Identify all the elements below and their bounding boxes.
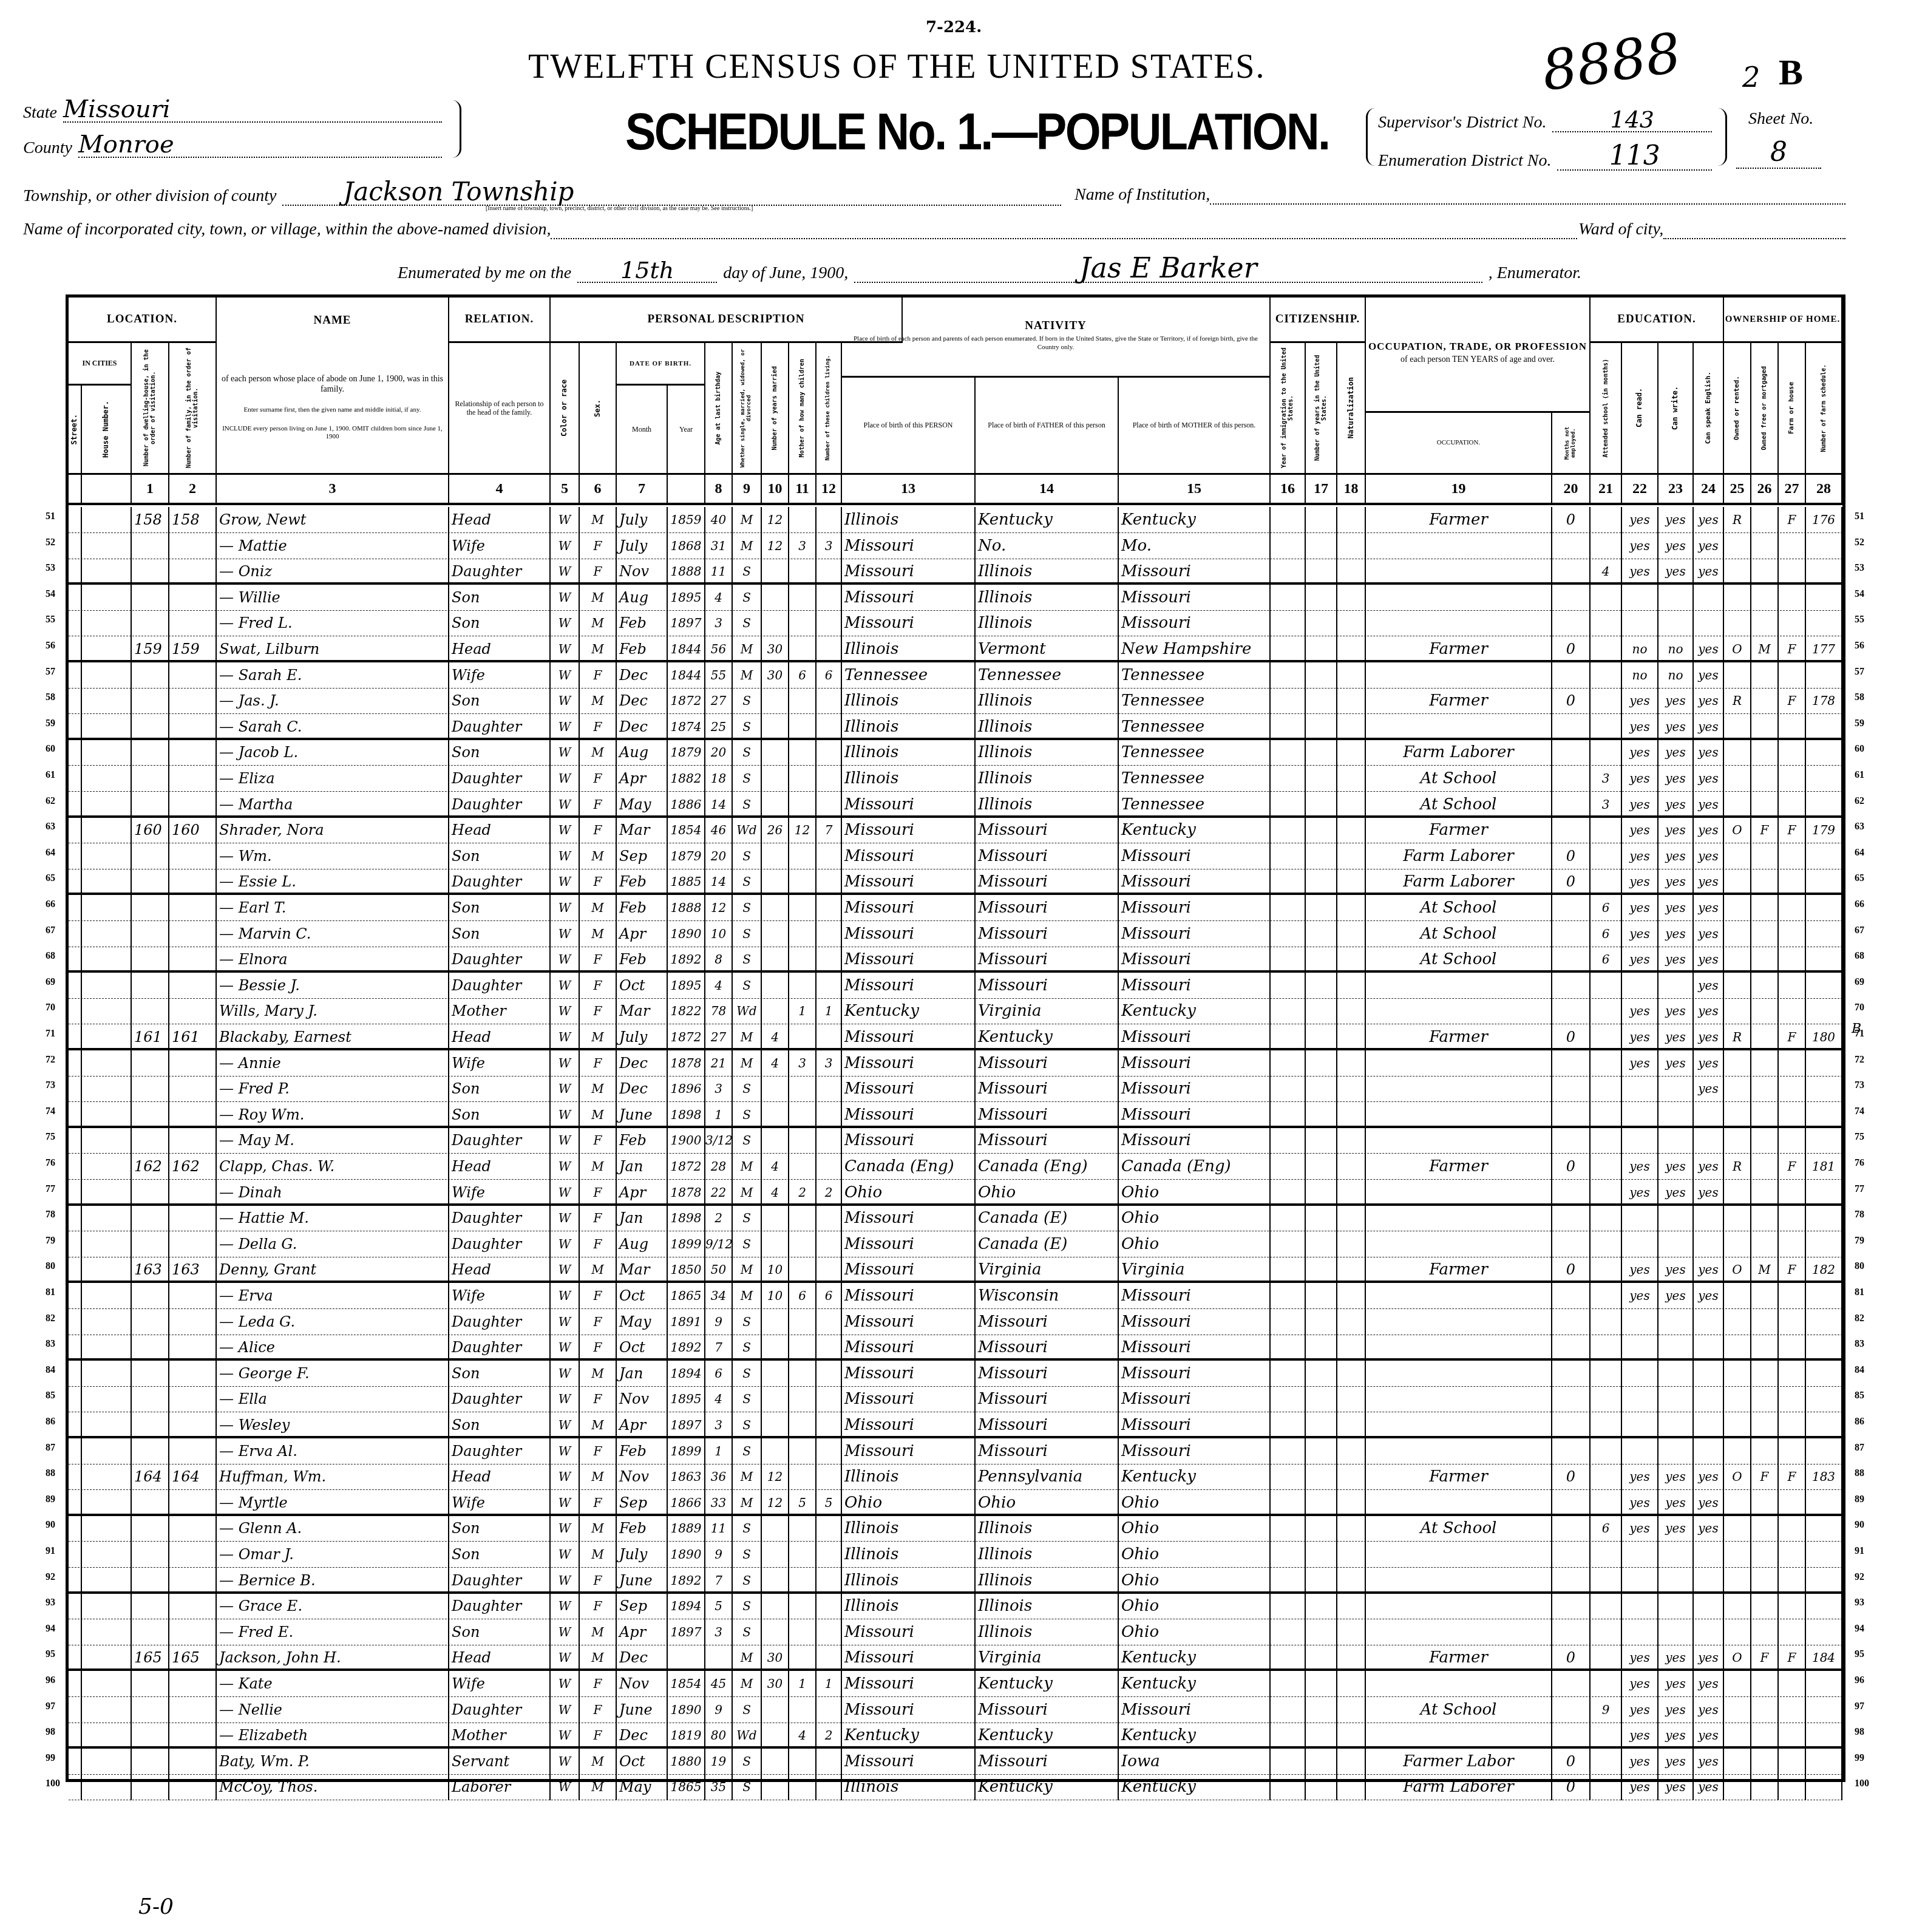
cell-empty	[1306, 869, 1337, 895]
cell-read: yes	[1622, 559, 1658, 585]
line-number-right: 54	[1855, 589, 1864, 600]
cell-farm	[1779, 869, 1806, 895]
table-row: — Essie L.DaughterWFFeb188514SMissouriMi…	[69, 869, 1842, 895]
cell-sex: M	[580, 740, 617, 766]
cell-empty	[1306, 1774, 1337, 1800]
cell-empty	[1271, 1490, 1306, 1516]
cell-birth: Missouri	[842, 1050, 976, 1077]
cell-mother-of	[789, 1076, 817, 1102]
cell-free	[1751, 1205, 1779, 1231]
cell-write	[1658, 1335, 1694, 1361]
cell-empty	[1337, 688, 1366, 714]
cell-father: Illinois	[976, 610, 1119, 636]
cell-english: yes	[1694, 1464, 1724, 1490]
cell-color: W	[551, 1231, 580, 1257]
cell-empty	[1271, 1361, 1306, 1387]
cell-family: 165	[169, 1645, 217, 1671]
cell-yrs-married: 4	[762, 1154, 789, 1180]
cell-owned	[1724, 1361, 1751, 1387]
cell-yrs-married	[762, 921, 789, 947]
cell-school	[1591, 1180, 1622, 1206]
line-number-left: 75	[46, 1132, 55, 1143]
cell-name: Blackaby, Earnest	[217, 1024, 449, 1050]
cell-write: yes	[1658, 766, 1694, 792]
cell-marital: S	[733, 921, 762, 947]
cell-unemployed: 0	[1552, 1645, 1591, 1671]
table-row: — Jacob L.SonWMAug187920SIllinoisIllinoi…	[69, 740, 1842, 766]
cell-father: Missouri	[976, 1102, 1119, 1128]
cell-school	[1591, 1361, 1622, 1387]
cell-mother: Missouri	[1119, 1361, 1271, 1387]
cell-mother: Missouri	[1119, 1438, 1271, 1464]
cell-relation: Son	[449, 740, 551, 766]
cell-father: Kentucky	[976, 1723, 1119, 1749]
cell-farm	[1779, 1515, 1806, 1542]
cell-marital: S	[733, 1568, 762, 1594]
cell-empty	[69, 973, 82, 999]
cell-sex: F	[580, 1697, 617, 1723]
cell-owned	[1724, 998, 1751, 1024]
cell-birth: Missouri	[842, 1309, 976, 1335]
cell-year: 1844	[668, 662, 705, 689]
column-number: 25	[1724, 475, 1751, 503]
cell-yrs-married	[762, 843, 789, 869]
cell-free	[1751, 1438, 1779, 1464]
cell-free	[1751, 559, 1779, 585]
cell-family	[169, 1050, 217, 1077]
cell-living	[817, 610, 842, 636]
cell-free	[1751, 1619, 1779, 1645]
line-number-right: 91	[1855, 1546, 1864, 1557]
header-occupation-title: OCCUPATION, TRADE, OR PROFESSION	[1368, 341, 1587, 353]
cell-school	[1591, 1412, 1622, 1438]
cell-relation: Wife	[449, 1671, 551, 1697]
cell-english	[1694, 1102, 1724, 1128]
cell-name: — Glenn A.	[217, 1515, 449, 1542]
line-number-right: 73	[1855, 1080, 1864, 1091]
cell-empty	[82, 1309, 132, 1335]
cell-schedule	[1806, 869, 1842, 895]
cell-birth: Illinois	[842, 714, 976, 740]
cell-mother-of	[789, 1231, 817, 1257]
cell-dwelling	[132, 1231, 169, 1257]
cell-marital: S	[733, 1361, 762, 1387]
cell-unemployed	[1552, 585, 1591, 611]
cell-empty	[1306, 507, 1337, 533]
cell-color: W	[551, 1386, 580, 1412]
cell-name: — Erva	[217, 1283, 449, 1309]
cell-yrs-married	[762, 1723, 789, 1749]
cell-empty	[1271, 1309, 1306, 1335]
cell-father: Kentucky	[976, 1774, 1119, 1800]
enumerator-name: Jas E Barker	[854, 254, 1482, 283]
supervisor-district-label: Supervisor's District No.	[1378, 113, 1546, 132]
cell-dwelling	[132, 585, 169, 611]
cell-empty	[69, 1412, 82, 1438]
cell-marital: Wd	[733, 1723, 762, 1749]
cell-empty	[1271, 1723, 1306, 1749]
cell-age: 27	[705, 1024, 733, 1050]
cell-read: yes	[1622, 947, 1658, 973]
cell-name: — Nellie	[217, 1697, 449, 1723]
cell-living: 2	[817, 1180, 842, 1206]
cell-occupation: At School	[1366, 1515, 1552, 1542]
line-number-left: 58	[46, 692, 55, 703]
cell-marital: S	[733, 869, 762, 895]
cell-sex: F	[580, 1568, 617, 1594]
cell-empty	[1337, 1257, 1366, 1283]
cell-empty	[1271, 1593, 1306, 1619]
cell-mother-of: 4	[789, 1723, 817, 1749]
cell-empty	[1271, 1697, 1306, 1723]
cell-dwelling: 164	[132, 1464, 169, 1490]
state-field: State Missouri	[23, 97, 448, 123]
cell-family	[169, 688, 217, 714]
header-location: LOCATION.	[69, 298, 217, 343]
cell-farm	[1779, 559, 1806, 585]
vh-years-married-text: Number of years married	[772, 366, 778, 450]
line-number-right: 58	[1855, 692, 1864, 703]
cell-empty	[1306, 1257, 1337, 1283]
cell-living	[817, 1697, 842, 1723]
cell-color: W	[551, 792, 580, 818]
cell-empty	[1337, 947, 1366, 973]
cell-owned	[1724, 1697, 1751, 1723]
cell-year: 1894	[668, 1593, 705, 1619]
cell-free	[1751, 1361, 1779, 1387]
cell-family	[169, 1076, 217, 1102]
cell-occupation	[1366, 1361, 1552, 1387]
cell-empty	[82, 1257, 132, 1283]
cell-month: Aug	[617, 1231, 668, 1257]
cell-family	[169, 1283, 217, 1309]
cell-relation: Wife	[449, 1490, 551, 1516]
cell-write: yes	[1658, 1154, 1694, 1180]
cell-father: Vermont	[976, 636, 1119, 662]
cell-mother: Missouri	[1119, 869, 1271, 895]
cell-age: 14	[705, 869, 733, 895]
cell-dwelling	[132, 973, 169, 999]
cell-owned	[1724, 1515, 1751, 1542]
cell-name: — Fred P.	[217, 1076, 449, 1102]
cell-name: — Jacob L.	[217, 740, 449, 766]
cell-year: 1898	[668, 1205, 705, 1231]
column-number: 14	[976, 475, 1119, 503]
cell-age: 12	[705, 895, 733, 921]
cell-school	[1591, 1024, 1622, 1050]
cell-relation: Wife	[449, 662, 551, 689]
vh-marital: Whether single, married, widowed, or div…	[733, 343, 762, 475]
header-name-desc: of each person whose place of abode on J…	[217, 343, 449, 475]
cell-year: 1894	[668, 1361, 705, 1387]
cell-birth: Tennessee	[842, 662, 976, 689]
cell-empty	[69, 1205, 82, 1231]
line-number-right: 61	[1855, 770, 1864, 781]
cell-age: 25	[705, 714, 733, 740]
line-number-left: 100	[46, 1778, 60, 1789]
cell-unemployed	[1552, 1128, 1591, 1154]
cell-family	[169, 1671, 217, 1697]
cell-read: yes	[1622, 921, 1658, 947]
cell-year: 1865	[668, 1283, 705, 1309]
cell-father: Kentucky	[976, 1024, 1119, 1050]
cell-yrs-married	[762, 1205, 789, 1231]
state-value: Missouri	[63, 97, 442, 123]
cell-color: W	[551, 740, 580, 766]
cell-year: 1895	[668, 585, 705, 611]
cell-free	[1751, 1749, 1779, 1775]
cell-father: Canada (Eng)	[976, 1154, 1119, 1180]
cell-month: Jan	[617, 1205, 668, 1231]
cell-occupation: Farmer	[1366, 507, 1552, 533]
vh-mother-of: Mother of how many children	[789, 343, 817, 475]
cell-empty	[1271, 1050, 1306, 1077]
cell-father: Tennessee	[976, 662, 1119, 689]
cell-empty	[1306, 1749, 1337, 1775]
cell-empty	[82, 662, 132, 689]
cell-age: 50	[705, 1257, 733, 1283]
cell-relation: Mother	[449, 998, 551, 1024]
cell-owned	[1724, 662, 1751, 689]
cell-name: — Elnora	[217, 947, 449, 973]
form-number: 7-224.	[926, 18, 982, 36]
cell-unemployed	[1552, 1076, 1591, 1102]
line-number-right: 57	[1855, 667, 1864, 678]
cell-farm	[1779, 766, 1806, 792]
cell-mother-of	[789, 1205, 817, 1231]
cell-name: — May M.	[217, 1128, 449, 1154]
cell-birth: Missouri	[842, 1024, 976, 1050]
vh-living-text: Number of these children living.	[826, 355, 832, 460]
cell-empty	[82, 1749, 132, 1775]
cell-marital: M	[733, 1671, 762, 1697]
cell-empty	[1306, 714, 1337, 740]
cell-occupation	[1366, 1723, 1552, 1749]
cell-mother: Missouri	[1119, 1309, 1271, 1335]
column-number: 20	[1552, 475, 1591, 503]
cell-sex: F	[580, 662, 617, 689]
cell-yrs-married: 4	[762, 1024, 789, 1050]
cell-write: yes	[1658, 714, 1694, 740]
line-number-left: 89	[46, 1494, 55, 1505]
cell-unemployed	[1552, 1542, 1591, 1568]
cell-english: yes	[1694, 947, 1724, 973]
cell-living: 1	[817, 998, 842, 1024]
header-birth-father: Place of birth of FATHER of this person	[976, 378, 1119, 475]
header-relation: RELATION.	[449, 298, 551, 343]
cell-marital: M	[733, 507, 762, 533]
cell-empty	[82, 1438, 132, 1464]
cell-age: 4	[705, 585, 733, 611]
cell-write: yes	[1658, 533, 1694, 559]
cell-age: 33	[705, 1490, 733, 1516]
cell-age: 28	[705, 1154, 733, 1180]
cell-empty	[1271, 1619, 1306, 1645]
cell-write: yes	[1658, 843, 1694, 869]
cell-free	[1751, 1231, 1779, 1257]
cell-mother-of	[789, 740, 817, 766]
cell-sex: M	[580, 1154, 617, 1180]
cell-owned: O	[1724, 1645, 1751, 1671]
cell-sex: M	[580, 1542, 617, 1568]
cell-name: — Leda G.	[217, 1309, 449, 1335]
cell-mother: Missouri	[1119, 1102, 1271, 1128]
cell-living	[817, 1361, 842, 1387]
cell-yrs-married	[762, 998, 789, 1024]
cell-age: 46	[705, 817, 733, 843]
cell-mother-of	[789, 585, 817, 611]
cell-family	[169, 869, 217, 895]
cell-age: 36	[705, 1464, 733, 1490]
cell-name: — Annie	[217, 1050, 449, 1077]
cell-owned	[1724, 1180, 1751, 1206]
cell-relation: Head	[449, 1464, 551, 1490]
cell-month: Mar	[617, 1257, 668, 1283]
cell-schedule	[1806, 1205, 1842, 1231]
line-number-left: 67	[46, 925, 55, 936]
cell-color: W	[551, 1490, 580, 1516]
cell-empty	[82, 947, 132, 973]
cell-english	[1694, 1335, 1724, 1361]
cell-empty	[1337, 1412, 1366, 1438]
cell-age	[705, 1645, 733, 1671]
cell-name: — Willie	[217, 585, 449, 611]
line-number-left: 80	[46, 1261, 55, 1272]
line-number-left: 62	[46, 796, 55, 807]
cell-color: W	[551, 1257, 580, 1283]
vh-sex: Sex.	[580, 343, 617, 475]
cell-mother: Ohio	[1119, 1593, 1271, 1619]
cell-birth: Illinois	[842, 1515, 976, 1542]
line-number-left: 71	[46, 1029, 55, 1039]
cell-living	[817, 507, 842, 533]
cell-sex: F	[580, 792, 617, 818]
cell-dwelling	[132, 1283, 169, 1309]
cell-read: yes	[1622, 1257, 1658, 1283]
cell-empty	[82, 1024, 132, 1050]
cell-year: 1874	[668, 714, 705, 740]
cell-mother-of	[789, 507, 817, 533]
cell-age: 40	[705, 507, 733, 533]
cell-empty	[1306, 1464, 1337, 1490]
cell-birth: Missouri	[842, 1335, 976, 1361]
cell-family: 158	[169, 507, 217, 533]
cell-father: Missouri	[976, 1128, 1119, 1154]
cell-relation: Head	[449, 1645, 551, 1671]
cell-year: 1888	[668, 559, 705, 585]
cell-relation: Daughter	[449, 1386, 551, 1412]
cell-sex: M	[580, 610, 617, 636]
cell-color: W	[551, 1024, 580, 1050]
vh-write-text: Can write.	[1671, 386, 1679, 430]
cell-empty	[82, 1774, 132, 1800]
cell-farm	[1779, 1386, 1806, 1412]
cell-school	[1591, 662, 1622, 689]
column-number: 3	[217, 475, 449, 503]
cell-age: 3	[705, 1619, 733, 1645]
cell-yrs-married	[762, 1438, 789, 1464]
line-number-left: 79	[46, 1236, 55, 1247]
table-row: 164164Huffman, Wm.HeadWMNov186336M12Illi…	[69, 1464, 1842, 1490]
cell-month: Feb	[617, 636, 668, 662]
cell-name: — Martha	[217, 792, 449, 818]
row-70-suffix: B	[1852, 1021, 1861, 1036]
cell-write: yes	[1658, 1671, 1694, 1697]
cell-relation: Daughter	[449, 1593, 551, 1619]
cell-empty	[1271, 1102, 1306, 1128]
table-row: — George F.SonWMJan18946SMissouriMissour…	[69, 1361, 1842, 1387]
cell-birth: Ohio	[842, 1490, 976, 1516]
vh-farm-text: Farm or house	[1788, 382, 1795, 434]
cell-farm	[1779, 533, 1806, 559]
vh-family: Number of family, in the order of visita…	[169, 343, 217, 475]
cell-unemployed	[1552, 1335, 1591, 1361]
column-number: 18	[1337, 475, 1366, 503]
cell-color: W	[551, 1749, 580, 1775]
cell-color: W	[551, 688, 580, 714]
cell-empty	[1271, 1386, 1306, 1412]
vh-naturalization: Naturalization	[1337, 343, 1366, 475]
cell-marital: M	[733, 1257, 762, 1283]
cell-unemployed: 0	[1552, 1774, 1591, 1800]
table-row: — MattieWifeWFJuly186831M1233MissouriNo.…	[69, 533, 1842, 559]
cell-unemployed: 0	[1552, 843, 1591, 869]
cell-mother-of: 12	[789, 817, 817, 843]
cell-father: Virginia	[976, 1645, 1119, 1671]
table-row: — Bernice B.DaughterWFJune18927SIllinois…	[69, 1568, 1842, 1594]
cell-school	[1591, 1102, 1622, 1128]
cell-unemployed	[1552, 1102, 1591, 1128]
line-number-left: 51	[46, 511, 55, 522]
cell-occupation: Farmer	[1366, 688, 1552, 714]
cell-empty	[82, 1593, 132, 1619]
cell-read	[1622, 1205, 1658, 1231]
cell-sex: F	[580, 1128, 617, 1154]
cell-birth: Missouri	[842, 869, 976, 895]
cell-empty	[82, 559, 132, 585]
cell-empty	[1271, 1024, 1306, 1050]
cell-age: 18	[705, 766, 733, 792]
cell-english: yes	[1694, 1723, 1724, 1749]
cell-marital: S	[733, 585, 762, 611]
cell-marital: S	[733, 714, 762, 740]
cell-schedule	[1806, 559, 1842, 585]
cell-empty	[1306, 1645, 1337, 1671]
cell-dwelling	[132, 533, 169, 559]
supervisor-district-field: Supervisor's District No. 143	[1378, 108, 1718, 132]
cell-farm	[1779, 1205, 1806, 1231]
cell-relation: Daughter	[449, 766, 551, 792]
cell-father: Illinois	[976, 1568, 1119, 1594]
line-number-right: 84	[1855, 1365, 1864, 1376]
cell-empty	[1306, 1619, 1337, 1645]
line-number-left: 65	[46, 873, 55, 884]
cell-marital: S	[733, 610, 762, 636]
cell-name: Huffman, Wm.	[217, 1464, 449, 1490]
cell-empty	[82, 998, 132, 1024]
cell-empty	[69, 740, 82, 766]
cell-father: Missouri	[976, 817, 1119, 843]
cell-month: Feb	[617, 610, 668, 636]
cell-father: Missouri	[976, 895, 1119, 921]
cell-age: 21	[705, 1050, 733, 1077]
cell-age: 31	[705, 533, 733, 559]
cell-free	[1751, 714, 1779, 740]
cell-free	[1751, 1671, 1779, 1697]
cell-birth: Missouri	[842, 559, 976, 585]
cell-mother-of	[789, 1335, 817, 1361]
cell-relation: Daughter	[449, 869, 551, 895]
